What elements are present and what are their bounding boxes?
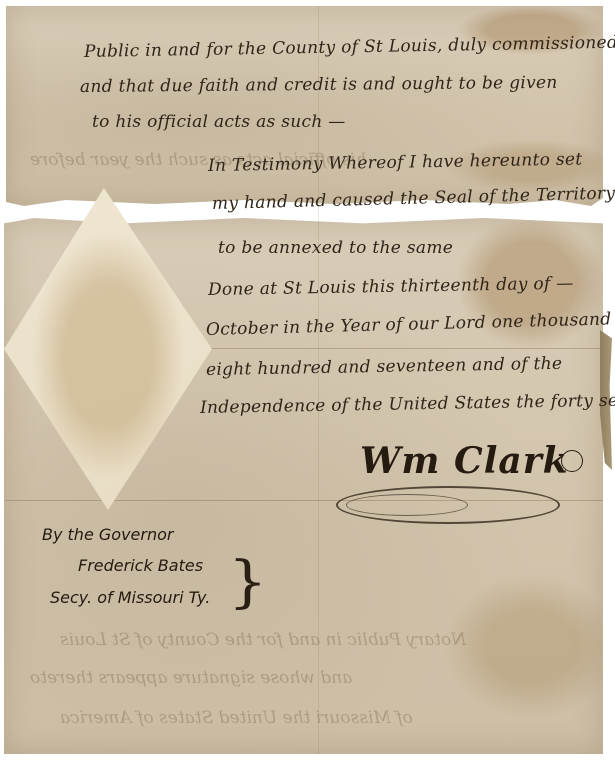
signature: Wm Clark [360,440,569,482]
signature-flourish [346,494,468,516]
body-line-2: and that due faith and credit is and oug… [80,73,558,97]
docket-line-1: By the Governor [42,525,173,544]
signature-paraph [561,450,583,472]
docket-brace: } [228,549,267,615]
bleed-through-text: Notary Public in and for the County of S… [60,630,466,650]
bleed-through-text: and whose signature appears thereto [30,668,352,688]
body-line-6: to be annexed to the same [218,238,453,258]
body-line-3: to his official acts as such — [92,112,346,132]
bleed-through-text: of Missouri the United States of America [60,708,413,728]
document-scan: his official acts as such the year befor… [0,0,615,762]
docket-line-3: Secy. of Missouri Ty. [50,588,210,607]
docket-line-2: Frederick Bates [78,556,203,575]
